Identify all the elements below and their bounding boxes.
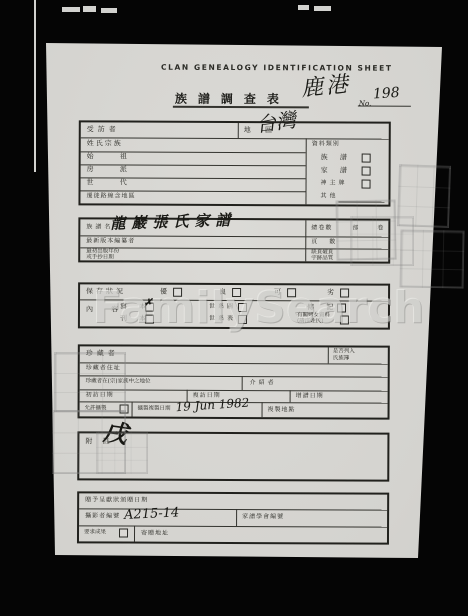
first-ancestor-label: 始 祖 — [87, 153, 139, 160]
addendum-date-label: 增譜日期 — [296, 393, 324, 399]
familysearch-watermark: FamilySearch — [92, 282, 424, 333]
family-genealogy-checkbox — [362, 167, 371, 176]
ancestral-tablet-checkbox — [362, 180, 371, 189]
handcopy-date-label: 或手抄日期 — [86, 255, 114, 261]
seal-stamp-watermark — [54, 352, 126, 412]
introducer-label: 介紹者 — [250, 380, 277, 386]
chinese-title: 族譜調查表 — [175, 90, 290, 108]
clan-genealogy-checkbox — [362, 154, 371, 163]
clan-genealogy-option: 族 譜 — [321, 154, 352, 161]
generations-label: 世 代 — [87, 179, 139, 186]
genealogy-name-label: 族譜名 — [86, 224, 113, 230]
material-type-header: 資料類別 — [312, 141, 340, 147]
handwritten-photographer-number: A215-14 — [124, 506, 180, 522]
seal-stamp-watermark — [96, 432, 148, 474]
handwritten-genealogy-name: 龍巖張氏家譜 — [110, 213, 236, 232]
family-genealogy-option: 家 譜 — [321, 167, 352, 174]
compiler-label: 最新版本編纂者 — [86, 238, 135, 244]
filming-date-label: 攝製複製日期 — [138, 407, 171, 413]
request-results-checkbox — [119, 529, 128, 538]
seal-stamp-watermark — [399, 229, 464, 288]
cell-divider — [328, 347, 329, 363]
cell-divider — [262, 402, 263, 417]
cell-divider — [134, 526, 135, 542]
cell-divider — [242, 376, 243, 390]
row-line — [81, 137, 389, 139]
listed-label-line2: 氏族簿 — [333, 356, 350, 362]
surname-clan-label: 姓氏宗族 — [87, 140, 123, 147]
english-title: CLAN GENEALOGY IDENTIFICATION SHEET — [161, 63, 393, 73]
cell-divider — [132, 402, 133, 417]
row-line — [79, 525, 387, 527]
column-divider — [305, 138, 306, 204]
script-quality-label: 字跡品質 — [311, 256, 333, 262]
cell-divider — [290, 390, 291, 402]
listed-label-line1: 是否列入 — [333, 349, 355, 355]
handwritten-area: 台灣 — [255, 110, 297, 135]
column-divider — [305, 220, 306, 261]
migration-route-label: 遷徙路線含地區 — [86, 193, 135, 199]
branch-label: 房 派 — [87, 166, 139, 173]
cell-divider — [236, 509, 237, 526]
copy-place-label: 複製地點 — [268, 407, 296, 413]
cell-divider — [238, 123, 239, 138]
interviewee-label: 受訪者 — [87, 126, 120, 133]
other-option: 其他 — [320, 193, 338, 199]
request-results-label: 要求成果 — [84, 530, 106, 536]
mailing-address-label: 寄贈地址 — [141, 531, 169, 537]
handwritten-number: 198 — [373, 86, 401, 102]
photographer-number-label: 攝影者編號 — [85, 513, 120, 519]
total-volumes-label: 總卷數 — [311, 225, 332, 231]
section-basic-info: 受訪者 地 區 台灣 姓氏宗族 始 祖 房 派 世 代 遷徙路線含地區 資料類別… — [78, 120, 390, 206]
section-admin: 贈予呈獻狀頒贈日期 攝影者編號 A215-14 家譜學會編號 要求成果 寄贈地址 — [77, 491, 389, 544]
handwritten-filming-date: 19 Jun 1982 — [175, 397, 249, 414]
microfilm-scan: CLAN GENEALOGY IDENTIFICATION SHEET 族譜調查… — [0, 0, 468, 616]
handwritten-place: 鹿港 — [300, 74, 352, 101]
society-number-label: 家譜學會編號 — [242, 514, 284, 520]
certificate-date-label: 贈予呈獻狀頒贈日期 — [85, 497, 148, 503]
ancestral-tablet-option: 神主牌 — [321, 180, 348, 186]
